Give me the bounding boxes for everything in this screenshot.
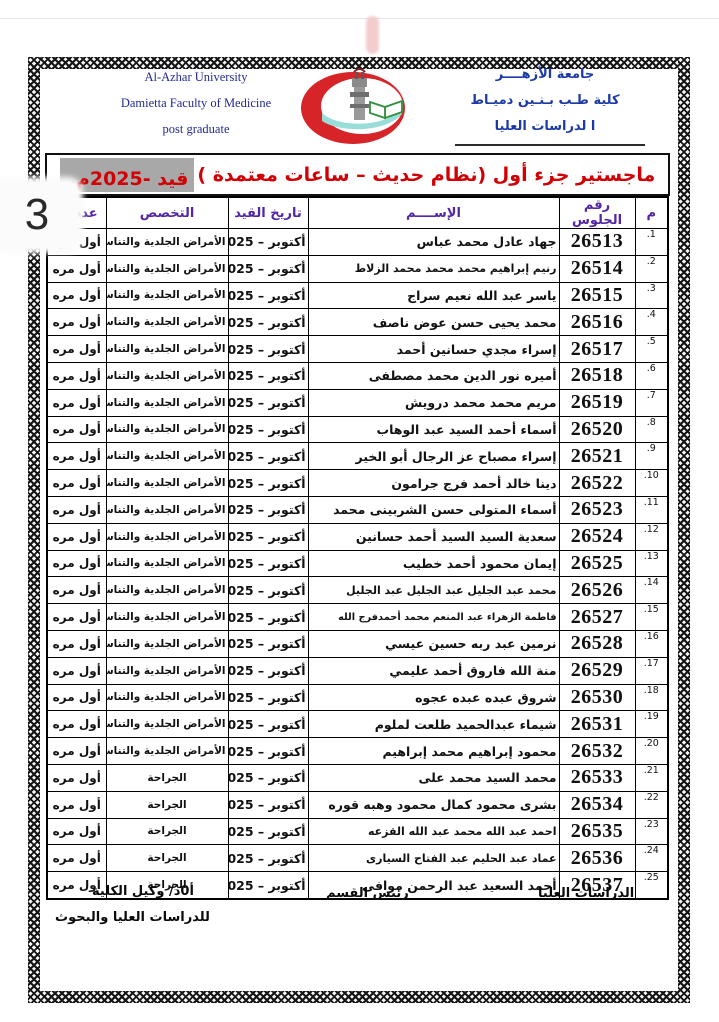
signature-department-head: رئيس القسم [326, 886, 409, 901]
times-cell: أول مره [47, 443, 106, 470]
row-index-cell: .13 [635, 550, 668, 577]
enroll-date-cell: أكتوبر – 2025 [228, 711, 308, 738]
university-name-ar: جامعة الأزهــــر [460, 62, 630, 88]
specialty-cell: الأمراض الجلدية والتناسلية [106, 657, 228, 684]
seat-number-cell: 26521 [559, 443, 635, 470]
signature-graduate-studies: الدراسات العليا [538, 886, 634, 901]
seat-number-cell: 26528 [559, 630, 635, 657]
student-row: .6 26518 أميره نور الدين محمد مصطفى أكتو… [47, 362, 668, 389]
table-header-row: م رقم الجلوس الإســــم تاريخ القيد التخص… [47, 197, 668, 229]
student-name-cell: أسماء أحمد السيد عبد الوهاب [308, 416, 559, 443]
student-row: .11 26523 أسماء المتولى حسن الشربينى محم… [47, 496, 668, 523]
seat-number-cell: 26523 [559, 496, 635, 523]
signature-vice-dean-line1: أ0د/ وكيل الكلية [92, 884, 194, 899]
faculty-name-en: Damietta Faculty of Medicine [98, 90, 294, 116]
row-index-cell: .22 [635, 791, 668, 818]
times-cell: أول مره [47, 282, 106, 309]
col-header-spec: التخصص [106, 197, 228, 229]
row-index-cell: .9 [635, 443, 668, 470]
specialty-cell: الأمراض الجلدية والتناسلية [106, 336, 228, 363]
times-cell: أول مره [47, 336, 106, 363]
col-header-name: الإســــم [308, 197, 559, 229]
specialty-cell: الأمراض الجلدية والتناسلية [106, 496, 228, 523]
specialty-cell: الأمراض الجلدية والتناسلية [106, 523, 228, 550]
student-name-cell: أميره نور الدين محمد مصطفى [308, 362, 559, 389]
student-name-cell: احمد عبد الله محمد عبد الله القزعه [308, 818, 559, 845]
seat-number-cell: 26533 [559, 764, 635, 791]
times-cell: أول مره [47, 764, 106, 791]
enroll-date-cell: أكتوبر – 2025 [228, 577, 308, 604]
student-name-cell: دينا خالد أحمد فرج جرامون [308, 470, 559, 497]
postgraduate-label-ar: ا لدراسات العليا [460, 114, 630, 140]
document-title-text: ماجستير جزء أول (نظام حديث – ساعات معتمد… [197, 164, 655, 186]
specialty-cell: الأمراض الجلدية والتناسلية [106, 577, 228, 604]
enroll-date-cell: أكتوبر – 2025 [228, 255, 308, 282]
enroll-date-cell: أكتوبر – 2025 [228, 389, 308, 416]
row-index-cell: .7 [635, 389, 668, 416]
student-name-cell: شيماء عبدالحميد طلعت لملوم [308, 711, 559, 738]
student-row: .20 26532 محمود إبراهيم محمد إبراهيم أكت… [47, 738, 668, 765]
seat-number-cell: 26529 [559, 657, 635, 684]
row-index-cell: .19 [635, 711, 668, 738]
specialty-cell: الجراحة [106, 764, 228, 791]
enroll-date-cell: أكتوبر – 2025 [228, 496, 308, 523]
times-cell: أول مره [47, 818, 106, 845]
row-index-cell: .23 [635, 818, 668, 845]
col-header-no: م [635, 197, 668, 229]
student-name-cell: محمد عبد الجليل عبد الجليل عبد الجليل [308, 577, 559, 604]
specialty-cell: الأمراض الجلدية والتناسلية [106, 470, 228, 497]
university-header-english: Al-Azhar University Damietta Faculty of … [98, 64, 294, 142]
enroll-date-cell: أكتوبر – 2025 [228, 630, 308, 657]
student-row: .8 26520 أسماء أحمد السيد عبد الوهاب أكت… [47, 416, 668, 443]
enroll-date-cell: أكتوبر – 2025 [228, 684, 308, 711]
student-row: .3 26515 ياسر عبد الله نعيم سراج أكتوبر … [47, 282, 668, 309]
seat-number-cell: 26519 [559, 389, 635, 416]
specialty-cell: الأمراض الجلدية والتناسلية [106, 604, 228, 631]
times-cell: أول مره [47, 255, 106, 282]
times-cell: أول مره [47, 496, 106, 523]
specialty-cell: الأمراض الجلدية والتناسلية [106, 630, 228, 657]
specialty-cell: الأمراض الجلدية والتناسلية [106, 738, 228, 765]
enroll-date-cell: أكتوبر – 2025 [228, 336, 308, 363]
students-table: م رقم الجلوس الإســــم تاريخ القيد التخص… [46, 196, 669, 900]
times-cell: أول مره [47, 362, 106, 389]
seat-number-cell: 26516 [559, 309, 635, 336]
faculty-name-ar: كلية طـب بـنـين دميـاط [460, 88, 630, 114]
seat-number-cell: 26517 [559, 336, 635, 363]
times-cell: أول مره [47, 630, 106, 657]
student-row: .21 26533 محمد السيد محمد على أكتوبر – 2… [47, 764, 668, 791]
student-row: .23 26535 احمد عبد الله محمد عبد الله ال… [47, 818, 668, 845]
student-name-cell: أسماء المتولى حسن الشربينى محمد [308, 496, 559, 523]
specialty-cell: الأمراض الجلدية والتناسلية [106, 711, 228, 738]
enroll-date-cell: أكتوبر – 2025 [228, 818, 308, 845]
times-cell: أول مره [47, 738, 106, 765]
student-row: .18 26530 شروق عبده عبده عجوه أكتوبر – 2… [47, 684, 668, 711]
student-row: .7 26519 مريم محمد محمد درويش أكتوبر – 2… [47, 389, 668, 416]
seat-number-cell: 26531 [559, 711, 635, 738]
times-cell: أول مره [47, 791, 106, 818]
document-title-highlight: قيد -2025م. [60, 158, 195, 192]
row-index-cell: .12 [635, 523, 668, 550]
student-name-cell: شروق عبده عبده عجوه [308, 684, 559, 711]
seat-number-cell: 26535 [559, 818, 635, 845]
specialty-cell: الجراحة [106, 791, 228, 818]
enroll-date-cell: أكتوبر – 2025 [228, 443, 308, 470]
times-cell: أول مره [47, 577, 106, 604]
times-cell: أول مره [47, 550, 106, 577]
student-row: .12 26524 سعدية السيد السيد أحمد حسانين … [47, 523, 668, 550]
enroll-date-cell: أكتوبر – 2025 [228, 550, 308, 577]
row-index-cell: .10 [635, 470, 668, 497]
seat-number-cell: 26536 [559, 845, 635, 872]
row-index-cell: .18 [635, 684, 668, 711]
seat-number-cell: 26514 [559, 255, 635, 282]
row-index-cell: .21 [635, 764, 668, 791]
times-cell: أول مره [47, 604, 106, 631]
student-name-cell: محمد يحيى حسن عوض ناصف [308, 309, 559, 336]
seat-number-cell: 26520 [559, 416, 635, 443]
student-row: .5 26517 إسراء مجدي حسانين أحمد أكتوبر –… [47, 336, 668, 363]
seat-number-cell: 26530 [559, 684, 635, 711]
enroll-date-cell: أكتوبر – 2025 [228, 604, 308, 631]
specialty-cell: الأمراض الجلدية والتناسلية [106, 282, 228, 309]
student-name-cell: إسراء مجدي حسانين أحمد [308, 336, 559, 363]
specialty-cell: الأمراض الجلدية والتناسلية [106, 309, 228, 336]
times-cell: أول مره [47, 657, 106, 684]
students-tbody: .1 26513 جهاد عادل محمد عباس أكتوبر – 20… [47, 229, 668, 899]
seat-number-cell: 26525 [559, 550, 635, 577]
seat-number-cell: 26522 [559, 470, 635, 497]
postgraduate-label-en: post graduate [98, 116, 294, 142]
specialty-cell: الأمراض الجلدية والتناسلية [106, 255, 228, 282]
student-name-cell: محمود إبراهيم محمد إبراهيم [308, 738, 559, 765]
seat-number-cell: 26527 [559, 604, 635, 631]
specialty-cell: الأمراض الجلدية والتناسلية [106, 550, 228, 577]
row-index-cell: .15 [635, 604, 668, 631]
enroll-date-cell: أكتوبر – 2025 [228, 523, 308, 550]
specialty-cell: الأمراض الجلدية والتناسلية [106, 416, 228, 443]
student-name-cell: نرمين عبد ربه حسين عيسي [308, 630, 559, 657]
row-index-cell: .8 [635, 416, 668, 443]
row-index-cell: .1 [635, 229, 668, 256]
document-title-bar: ماجستير جزء أول (نظام حديث – ساعات معتمد… [45, 153, 670, 196]
faculty-logo-icon [298, 66, 423, 146]
student-name-cell: ياسر عبد الله نعيم سراج [308, 282, 559, 309]
enroll-date-cell: أكتوبر – 2025 [228, 845, 308, 872]
times-cell: أول مره [47, 845, 106, 872]
student-row: .14 26526 محمد عبد الجليل عبد الجليل عبد… [47, 577, 668, 604]
enroll-date-cell: أكتوبر – 2025 [228, 764, 308, 791]
times-cell: أول مره [47, 470, 106, 497]
student-name-cell: سعدية السيد السيد أحمد حسانين [308, 523, 559, 550]
university-name-en: Al-Azhar University [98, 64, 294, 90]
student-row: .24 26536 عماد عبد الحليم عبد الفتاح الس… [47, 845, 668, 872]
student-row: .22 26534 بشرى محمود كمال محمود وهبه قور… [47, 791, 668, 818]
enroll-date-cell: أكتوبر – 2025 [228, 362, 308, 389]
student-name-cell: رنيم إبراهيم محمد محمد محمد الزلاط [308, 255, 559, 282]
enroll-date-cell: أكتوبر – 2025 [228, 416, 308, 443]
student-name-cell: منة الله فاروق أحمد عليمي [308, 657, 559, 684]
student-row: .19 26531 شيماء عبدالحميد طلعت لملوم أكت… [47, 711, 668, 738]
decorative-border-right [678, 57, 690, 1003]
enroll-date-cell: أكتوبر – 2025 [228, 282, 308, 309]
seat-number-cell: 26526 [559, 577, 635, 604]
times-cell: أول مره [47, 684, 106, 711]
row-index-cell: .25 [635, 872, 668, 899]
signature-vice-dean-line2: للدراسات العليا والبحوث [55, 910, 210, 925]
seat-number-cell: 26518 [559, 362, 635, 389]
university-header-arabic: جامعة الأزهــــر كلية طـب بـنـين دميـاط … [460, 62, 630, 140]
specialty-cell: الأمراض الجلدية والتناسلية [106, 389, 228, 416]
student-name-cell: إسراء مصباح عز الرجال أبو الخير [308, 443, 559, 470]
enroll-date-cell: أكتوبر – 2025 [228, 872, 308, 899]
enroll-date-cell: أكتوبر – 2025 [228, 738, 308, 765]
student-name-cell: مريم محمد محمد درويش [308, 389, 559, 416]
row-index-cell: .4 [635, 309, 668, 336]
row-index-cell: .24 [635, 845, 668, 872]
student-name-cell: إيمان محمود أحمد خطيب [308, 550, 559, 577]
row-index-cell: .2 [635, 255, 668, 282]
student-row: .10 26522 دينا خالد أحمد فرج جرامون أكتو… [47, 470, 668, 497]
seat-number-cell: 26524 [559, 523, 635, 550]
specialty-cell: الجراحة [106, 818, 228, 845]
seat-number-cell: 26513 [559, 229, 635, 256]
times-cell: أول مره [47, 711, 106, 738]
enroll-date-cell: أكتوبر – 2025 [228, 791, 308, 818]
row-index-cell: .6 [635, 362, 668, 389]
col-header-date: تاريخ القيد [228, 197, 308, 229]
enroll-date-cell: أكتوبر – 2025 [228, 229, 308, 256]
enroll-date-cell: أكتوبر – 2025 [228, 470, 308, 497]
seat-number-cell: 26534 [559, 791, 635, 818]
row-index-cell: .5 [635, 336, 668, 363]
times-cell: أول مره [47, 523, 106, 550]
arabic-header-underline [455, 144, 645, 146]
seat-number-cell: 26532 [559, 738, 635, 765]
page-number-patch: 3 [0, 182, 78, 248]
student-row: .15 26527 فاطمة الزهراء عبد المنعم محمد … [47, 604, 668, 631]
row-index-cell: .3 [635, 282, 668, 309]
student-row: .9 26521 إسراء مصباح عز الرجال أبو الخير… [47, 443, 668, 470]
row-index-cell: .14 [635, 577, 668, 604]
student-name-cell: بشرى محمود كمال محمود وهبه قوره [308, 791, 559, 818]
specialty-cell: الأمراض الجلدية والتناسلية [106, 684, 228, 711]
student-name-cell: عماد عبد الحليم عبد الفتاح السيارى [308, 845, 559, 872]
student-row: .16 26528 نرمين عبد ربه حسين عيسي أكتوبر… [47, 630, 668, 657]
enroll-date-cell: أكتوبر – 2025 [228, 657, 308, 684]
decorative-border-bottom [28, 991, 690, 1003]
student-row: .17 26529 منة الله فاروق أحمد عليمي أكتو… [47, 657, 668, 684]
pink-scan-smudge [366, 16, 379, 54]
page-number: 3 [25, 190, 49, 240]
specialty-cell: الأمراض الجلدية والتناسلية [106, 362, 228, 389]
enroll-date-cell: أكتوبر – 2025 [228, 309, 308, 336]
student-row: .2 26514 رنيم إبراهيم محمد محمد محمد الز… [47, 255, 668, 282]
student-name-cell: فاطمة الزهراء عبد المنعم محمد أحمدفرج ال… [308, 604, 559, 631]
times-cell: أول مره [47, 309, 106, 336]
student-row: .13 26525 إيمان محمود أحمد خطيب أكتوبر –… [47, 550, 668, 577]
student-row: .4 26516 محمد يحيى حسن عوض ناصف أكتوبر –… [47, 309, 668, 336]
student-name-cell: محمد السيد محمد على [308, 764, 559, 791]
specialty-cell: الأمراض الجلدية والتناسلية [106, 229, 228, 256]
times-cell: أول مره [47, 416, 106, 443]
seat-number-cell: 26515 [559, 282, 635, 309]
times-cell: أول مره [47, 389, 106, 416]
row-index-cell: .11 [635, 496, 668, 523]
specialty-cell: الجراحة [106, 845, 228, 872]
student-name-cell: جهاد عادل محمد عباس [308, 229, 559, 256]
row-index-cell: .20 [635, 738, 668, 765]
student-row: .1 26513 جهاد عادل محمد عباس أكتوبر – 20… [47, 229, 668, 256]
row-index-cell: .17 [635, 657, 668, 684]
col-header-seat: رقم الجلوس [559, 197, 635, 229]
scan-page-edge-line [0, 18, 719, 19]
specialty-cell: الأمراض الجلدية والتناسلية [106, 443, 228, 470]
row-index-cell: .16 [635, 630, 668, 657]
